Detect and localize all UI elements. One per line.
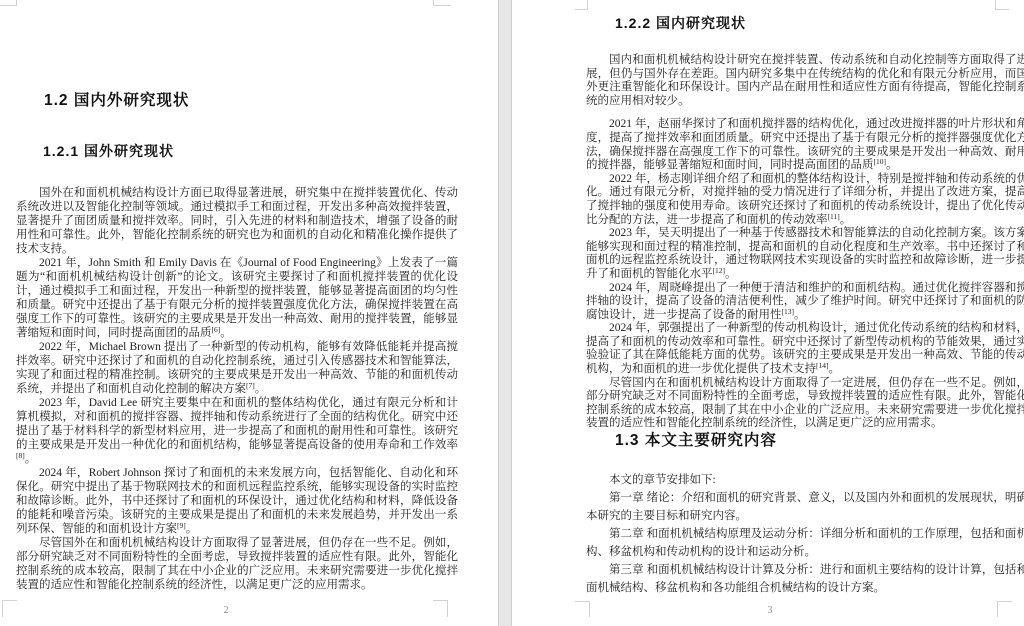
paragraph-tail: 。 — [255, 383, 267, 395]
heading-1-2-1[interactable]: 1.2.1 国外研究现状 — [43, 141, 174, 161]
paragraph[interactable]: 第二章 和面机机械结构原理及运动分析：详细分析和面机的工作原理，包括和面机构、移… — [586, 525, 1024, 561]
paragraph[interactable]: 2022 年，杨志刚详细介绍了和面机的整体结构设计，特别是搅拌轴和传动系统的优化… — [586, 173, 1024, 227]
body-text-foreign-research[interactable]: 国外在和面机机械结构设计方面已取得显著进展，研究集中在搅拌装置优化、传动系统改进… — [16, 186, 458, 592]
paragraph-tail: 。 — [220, 327, 232, 339]
paragraph[interactable]: 2021 年，赵丽华探讨了和面机搅拌器的结构优化，通过改进搅拌器的叶片形状和角度… — [586, 118, 1024, 172]
paragraph-text: 2021 年，赵丽华探讨了和面机搅拌器的结构优化，通过改进搅拌器的叶片形状和角度… — [586, 118, 1024, 171]
paragraph-tail: 。 — [840, 214, 852, 226]
paragraph-text: 2022 年，Michael Brown 提出了一种新型的传动机构，能够有效降低… — [16, 341, 458, 395]
citation-ref: [13] — [782, 307, 795, 316]
paragraph[interactable]: 国外在和面机机械结构设计方面已取得显著进展，研究集中在搅拌装置优化、传动系统改进… — [16, 186, 458, 256]
paragraph-text: 尽管国内在和面机机械结构设计方面取得了一定进展，但仍存在一些不足。例如，部分研究… — [586, 377, 1024, 430]
paragraph-tail: 。 — [794, 309, 806, 321]
body-text-thesis-outline[interactable]: 本文的章节安排如下: 第一章 绪论：介绍和面机的研究背景、意义，以及国内外和面机… — [586, 471, 1024, 597]
page-number: 2 — [0, 605, 452, 616]
citation-ref: [6] — [212, 325, 221, 334]
paragraph-tail: 。 — [25, 453, 37, 465]
paragraph-text: 国外在和面机机械结构设计方面已取得显著进展，研究集中在搅拌装置优化、传动系统改进… — [16, 187, 458, 255]
margin-mark-top-right — [995, 0, 1009, 10]
paragraph-text: 2023 年，吴天明提出了一种基于传感器技术和智能算法的自动化控制方案。该方案能… — [586, 227, 1024, 280]
paragraph-tail: 。 — [886, 159, 898, 171]
heading-1-2[interactable]: 1.2 国内外研究现状 — [44, 88, 189, 110]
body-text-domestic-research[interactable]: 国内和面机机械结构设计研究在搅拌装置、传动系统和自动化控制等方面取得了进展，但仍… — [586, 54, 1024, 431]
paragraph[interactable]: 本文的章节安排如下: — [586, 471, 1024, 489]
paragraph-text: 2022 年，杨志刚详细介绍了和面机的整体结构设计，特别是搅拌轴和传动系统的优化… — [586, 173, 1024, 226]
heading-1-2-2[interactable]: 1.2.2 国内研究现状 — [615, 13, 746, 33]
paragraph[interactable]: 国内和面机机械结构设计研究在搅拌装置、传动系统和自动化控制等方面取得了进展，但仍… — [586, 54, 1024, 108]
paragraph-text: 2021 年，John Smith 和 Emily Davis 在《Journa… — [16, 257, 458, 339]
paragraph-tail: 。 — [186, 523, 198, 535]
paragraph-text: 2024 年，Robert Johnson 探讨了和面机的未来发展方向，包括智能… — [16, 467, 458, 535]
paragraph[interactable]: 第一章 绪论：介绍和面机的研究背景、意义，以及国内外和面机的发展现状，明确本研究… — [586, 489, 1024, 525]
paragraph[interactable]: 第三章 和面机机械结构设计计算及分析：进行和面机主要结构的设计计算，包括和面机械… — [586, 561, 1024, 597]
paragraph[interactable]: 2023 年，David Lee 研究主要集中在和面机的整体结构优化，通过有限元… — [16, 396, 458, 466]
paragraph[interactable]: 尽管国外在和面机机械结构设计方面取得了显著进展，但仍存在一些不足。例如，部分研究… — [16, 536, 458, 592]
citation-ref: [7] — [246, 381, 255, 390]
citation-ref: [9] — [177, 521, 186, 530]
paragraph-tail: 。 — [829, 363, 841, 375]
margin-mark-top-left — [575, 0, 588, 10]
paragraph[interactable]: 2023 年，吴天明提出了一种基于传感器技术和智能算法的自动化控制方案。该方案能… — [586, 227, 1024, 281]
citation-ref: [12] — [713, 266, 726, 275]
document-viewer: { "left_page": { "page_number": "2", "he… — [0, 0, 1024, 626]
page-number: 3 — [512, 605, 1024, 616]
margin-mark-top-right — [433, 0, 450, 6]
citation-ref: [10] — [874, 157, 887, 166]
margin-mark-top-left — [0, 0, 17, 6]
citation-ref: [11] — [828, 212, 840, 221]
paragraph-text: 2023 年，David Lee 研究主要集中在和面机的整体结构优化，通过有限元… — [16, 397, 458, 451]
citation-ref: [14] — [816, 361, 829, 370]
paragraph-text: 2024 年，郭强提出了一种新型的传动机构设计，通过优化传动系统的结构和材料，提… — [586, 322, 1024, 375]
paragraph[interactable]: 2021 年，John Smith 和 Emily Davis 在《Journa… — [16, 256, 458, 340]
page-3[interactable]: 1.2.2 国内研究现状 国内和面机机械结构设计研究在搅拌装置、传动系统和自动化… — [512, 0, 1024, 626]
page-gap — [498, 0, 512, 626]
citation-ref: [8] — [16, 451, 25, 460]
paragraph-text: 国内和面机机械结构设计研究在搅拌装置、传动系统和自动化控制等方面取得了进展，但仍… — [586, 54, 1024, 107]
heading-1-3[interactable]: 1.3 本文主要研究内容 — [615, 428, 777, 450]
paragraph[interactable]: 尽管国内在和面机机械结构设计方面取得了一定进展，但仍存在一些不足。例如，部分研究… — [586, 377, 1024, 431]
paragraph[interactable]: 2024 年，郭强提出了一种新型的传动机构设计，通过优化传动系统的结构和材料，提… — [586, 322, 1024, 376]
page-2[interactable]: 1.2 国内外研究现状 1.2.1 国外研究现状 国外在和面机机械结构设计方面已… — [0, 0, 498, 626]
paragraph[interactable]: 2024 年，周晓峰提出了一种便于清洁和维护的和面机结构。通过优化搅拌容器和搅拌… — [586, 282, 1024, 323]
paragraph[interactable]: 2022 年，Michael Brown 提出了一种新型的传动机构，能够有效降低… — [16, 340, 458, 396]
paragraph[interactable]: 2024 年，Robert Johnson 探讨了和面机的未来发展方向，包括智能… — [16, 466, 458, 536]
paragraph-tail: 。 — [725, 268, 737, 280]
paragraph-text: 尽管国外在和面机机械结构设计方面取得了显著进展，但仍存在一些不足。例如，部分研究… — [16, 537, 458, 591]
